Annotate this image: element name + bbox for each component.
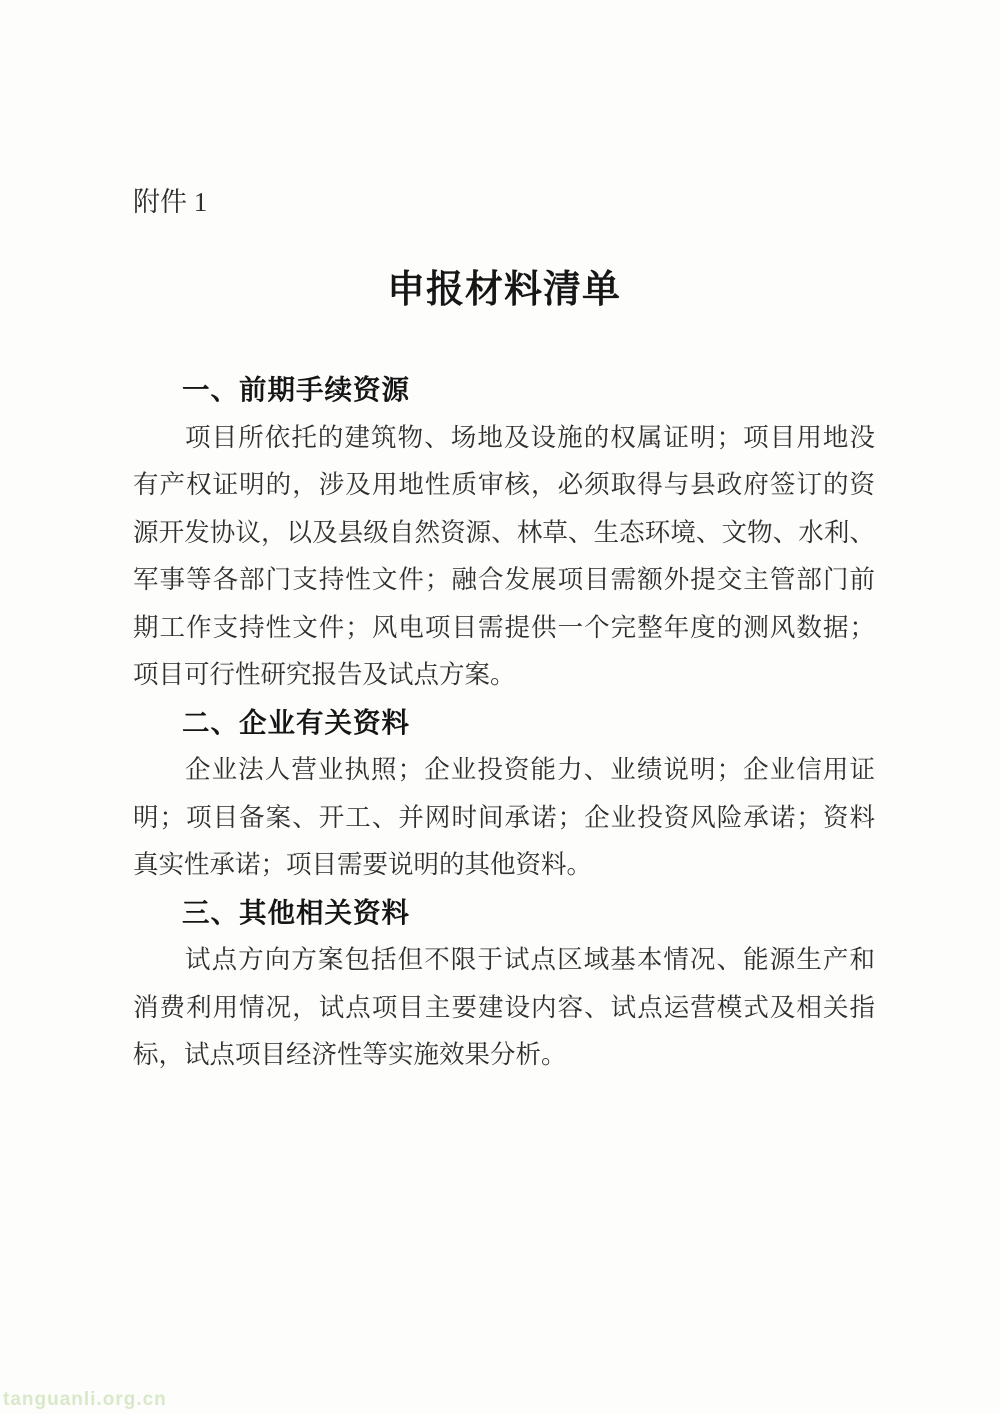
paragraph-line: 源开发协议，以及县级自然资源、林草、生态环境、文物、水利、	[133, 509, 875, 557]
paragraph-line: 军事等各部门支持性文件；融合发展项目需额外提交主管部门前	[133, 556, 875, 604]
watermark: tanguanli.org.cn	[3, 1389, 167, 1411]
paragraph-line: 试点方向方案包括但不限于试点区域基本情况、能源生产和	[133, 936, 875, 984]
section-heading: 二、企业有关资料	[133, 699, 875, 747]
paragraph-line: 标，试点项目经济性等实施效果分析。	[133, 1031, 875, 1079]
paragraph-line: 明；项目备案、开工、并网时间承诺；企业投资风险承诺；资料	[133, 794, 875, 842]
section-heading: 一、前期手续资源	[133, 366, 875, 414]
paragraph-line: 企业法人营业执照；企业投资能力、业绩说明；企业信用证	[133, 746, 875, 794]
section-heading: 三、其他相关资料	[133, 889, 875, 937]
paragraph-line: 期工作支持性文件；风电项目需提供一个完整年度的测风数据；	[133, 604, 875, 652]
document-title: 申报材料清单	[133, 263, 875, 317]
paragraph-line: 真实性承诺；项目需要说明的其他资料。	[133, 841, 875, 889]
paragraph-line: 消费利用情况，试点项目主要建设内容、试点运营模式及相关指	[133, 984, 875, 1032]
document-body: 一、前期手续资源项目所依托的建筑物、场地及设施的权属证明；项目用地没有产权证明的…	[133, 366, 875, 1079]
paragraph-line: 项目可行性研究报告及试点方案。	[133, 651, 875, 699]
attachment-label: 附件 1	[133, 178, 207, 226]
paragraph-line: 有产权证明的，涉及用地性质审核，必须取得与县政府签订的资	[133, 461, 875, 509]
paragraph-line: 项目所依托的建筑物、场地及设施的权属证明；项目用地没	[133, 414, 875, 462]
document-page: 附件 1 申报材料清单 一、前期手续资源项目所依托的建筑物、场地及设施的权属证明…	[0, 0, 1000, 1414]
